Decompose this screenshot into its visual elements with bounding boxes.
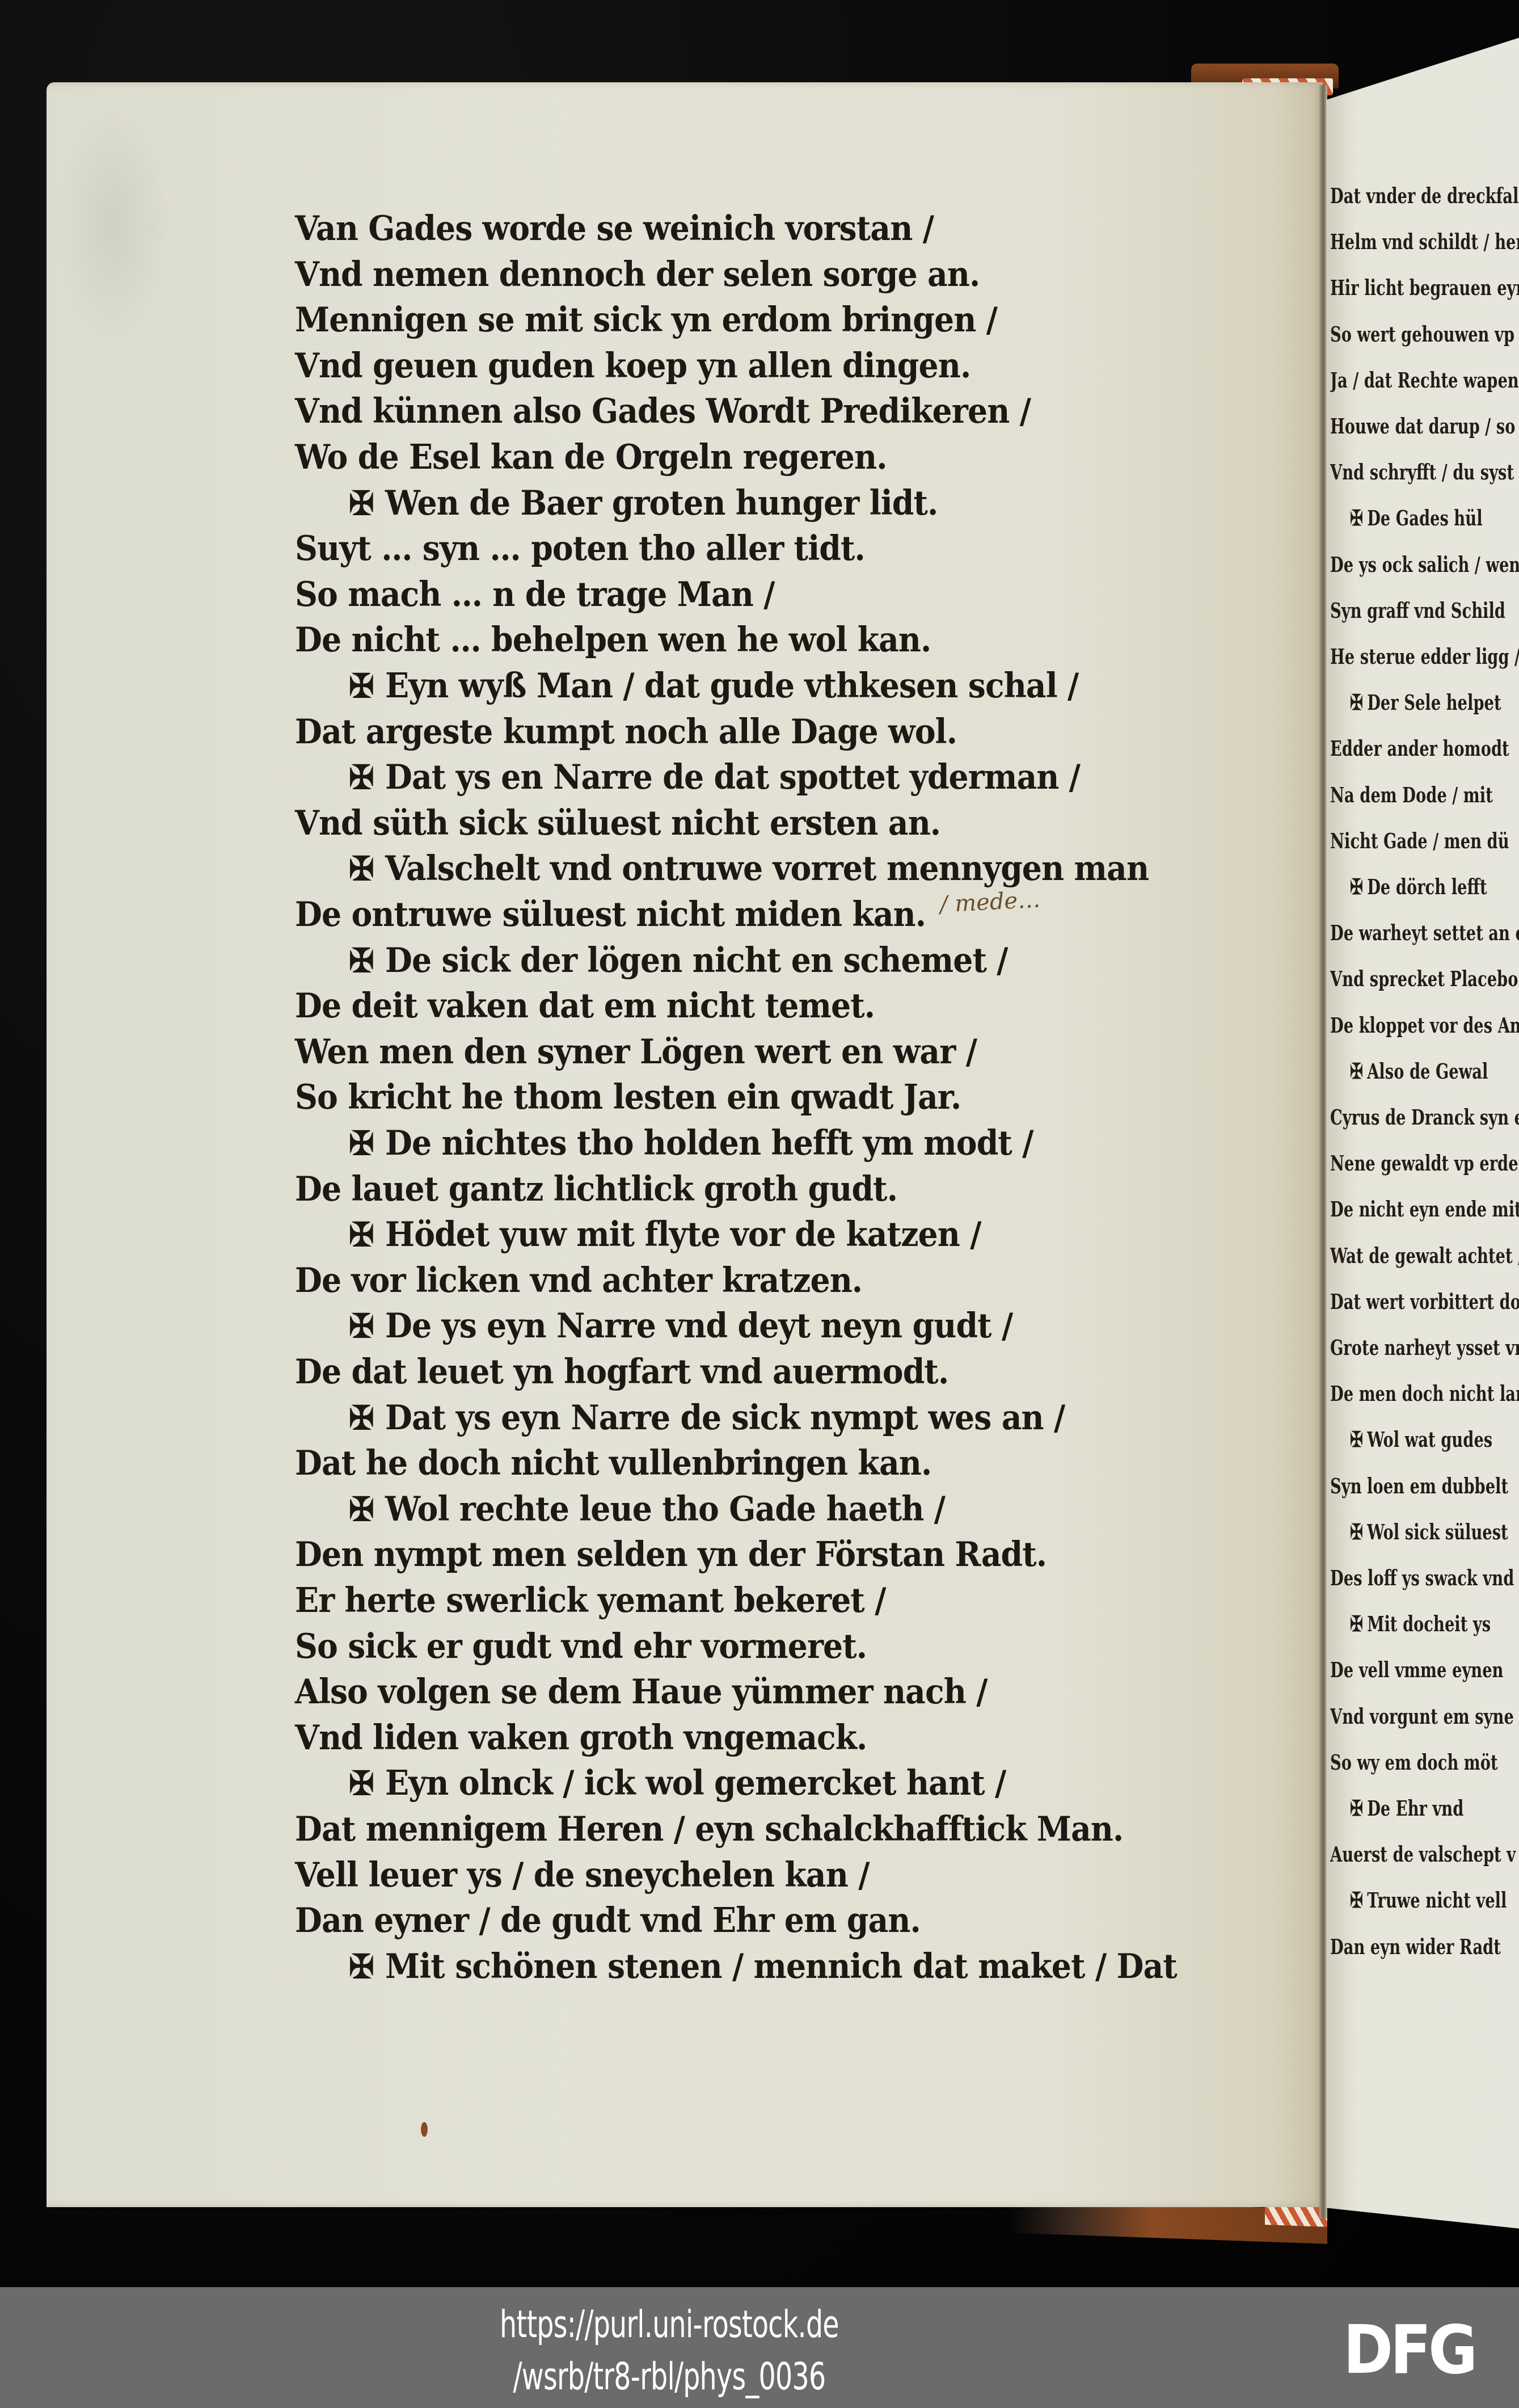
text-line: De ys ock salich / wen <box>1330 553 1519 576</box>
text-line: ✠Also de Gewal <box>1350 1060 1488 1083</box>
cross-marker-icon: ✠ <box>349 667 374 705</box>
text-line-content: Vnd süth sick süluest nicht ersten an. <box>295 803 940 843</box>
text-line-content: Er herte swerlick yemant bekeret / <box>295 1581 885 1620</box>
text-line-content: Eyn wyß Man / dat gude vthkesen schal / <box>385 666 1078 706</box>
text-line: ✠Wol sick süluest <box>1350 1521 1508 1543</box>
text-line-content: Dat ys en Narre de dat spottet yderman / <box>385 757 1080 797</box>
page-stain <box>421 2122 428 2137</box>
text-line: Vnd sprecket Placebo / <box>1330 967 1519 990</box>
cross-marker-icon: ✠ <box>1350 1058 1363 1084</box>
text-line: ✠Dat ys eyn Narre de sick nympt wes an / <box>349 1399 1065 1437</box>
cross-marker-icon: ✠ <box>349 759 374 796</box>
text-line-content: De dörch lefft <box>1367 874 1487 899</box>
text-line-content: De ys ock salich / wen <box>1330 552 1519 577</box>
purl-link-line2[interactable]: /wsrb/tr8-rbl/phys_0036 <box>473 2351 865 2403</box>
text-line-content: Mennigen se mit sick yn erdom bringen / <box>295 300 997 340</box>
text-line-content: Hödet yuw mit flyte vor de katzen / <box>385 1215 981 1254</box>
text-line: Auerst de valschept v <box>1330 1843 1516 1866</box>
text-line: ✠Der Sele helpet <box>1350 691 1501 714</box>
text-line-content: Truwe nicht vell <box>1367 1887 1507 1913</box>
text-line: De vor licken vnd achter kratzen. <box>295 1262 862 1299</box>
text-line-content: Dat vnder de dreckfalt <box>1330 183 1519 208</box>
text-line-content: Edder ander homodt <box>1330 735 1509 761</box>
text-line-content: Wat de gewalt achtet / <box>1330 1243 1519 1268</box>
book-gutter <box>1319 85 1327 2218</box>
text-line: Ja / dat Rechte wapen <box>1330 369 1519 391</box>
text-line-content: Na dem Dode / mit <box>1330 782 1493 807</box>
text-line: Dan eyn wider Radt <box>1330 1935 1501 1958</box>
text-line: Dat mennigem Heren / eyn schalckhafftick… <box>295 1811 1123 1848</box>
text-line-content: So sick er gudt vnd ehr vormeret. <box>295 1627 867 1666</box>
cross-marker-icon: ✠ <box>1350 1426 1363 1452</box>
text-line-content: Suyt … syn … poten tho aller tidt. <box>295 529 865 569</box>
text-line: Er herte swerlick yemant bekeret / <box>295 1582 885 1619</box>
text-line-content: Des loff ys swack vnd <box>1330 1565 1514 1590</box>
text-line: So wert gehouwen vp <box>1330 323 1514 346</box>
cross-marker-icon: ✠ <box>349 1216 374 1253</box>
cross-marker-icon: ✠ <box>349 1765 374 1802</box>
text-line-content: Eyn olnck / ick wol gemercket hant / <box>385 1763 1006 1803</box>
text-line-content: De vell vmme eynen <box>1330 1657 1504 1682</box>
text-line: ✠Mit schönen stenen / mennich dat maket … <box>349 1948 1177 1985</box>
cross-marker-icon: ✠ <box>349 1125 374 1162</box>
text-line: Dat he doch nicht vullenbringen kan. <box>295 1445 931 1482</box>
text-line: Vnd vorgunt em syne <box>1330 1705 1514 1728</box>
text-line: Dat argeste kumpt noch alle Dage wol. <box>295 713 957 751</box>
text-line: Van Gades worde se weinich vorstan / <box>295 210 934 247</box>
text-line-content: So wert gehouwen vp <box>1330 321 1514 347</box>
cross-marker-icon: ✠ <box>349 942 374 979</box>
text-line-content: Dat argeste kumpt noch alle Dage wol. <box>295 712 957 752</box>
text-line-content: Wen men den syner Lögen wert en war / <box>295 1032 977 1072</box>
text-line: Vnd geuen guden koep yn allen dingen. <box>295 347 971 385</box>
text-line-content: Vnd liden vaken groth vngemack. <box>295 1718 867 1758</box>
text-line-content: So kricht he thom lesten ein qwadt Jar. <box>295 1077 961 1117</box>
text-line-content: Nicht Gade / men dü <box>1330 828 1509 853</box>
text-line: Nene gewaldt vp erden <box>1330 1152 1519 1174</box>
cross-marker-icon: ✠ <box>349 485 374 522</box>
left-page: Van Gades worde se weinich vorstan /Vnd … <box>47 82 1323 2207</box>
text-line: Vnd nemen dennoch der selen sorge an. <box>295 256 980 293</box>
text-line-content: Also de Gewal <box>1367 1058 1488 1084</box>
cross-marker-icon: ✠ <box>1350 505 1363 531</box>
text-line: De lauet gantz lichtlick groth gudt. <box>295 1171 897 1208</box>
text-line: ✠Truwe nicht vell <box>1350 1889 1507 1912</box>
cross-marker-icon: ✠ <box>1350 874 1363 899</box>
text-line: ✠Wol rechte leue tho Gade haeth / <box>349 1491 945 1528</box>
text-line: Cyrus de Dranck syn e <box>1330 1106 1519 1129</box>
text-line: De nicht eyn ende mit <box>1330 1198 1519 1220</box>
text-line-content: Ja / dat Rechte wapen <box>1330 367 1519 393</box>
cross-marker-icon: ✠ <box>349 1491 374 1528</box>
text-line: ✠Eyn olnck / ick wol gemercket hant / <box>349 1765 1006 1802</box>
text-line-content: Mit docheit ys <box>1367 1611 1491 1636</box>
text-line-content: Den nympt men selden yn der Förstan Radt… <box>295 1535 1047 1575</box>
text-line: Den nympt men selden yn der Förstan Radt… <box>295 1536 1047 1573</box>
cross-marker-icon: ✠ <box>1350 1519 1363 1544</box>
text-line: ✠De nichtes tho holden hefft ym modt / <box>349 1125 1033 1162</box>
text-line: Helm vnd schildt / hen <box>1330 230 1519 253</box>
text-line-content: Auerst de valschept v <box>1330 1841 1516 1867</box>
cross-marker-icon: ✠ <box>1350 1795 1363 1821</box>
text-line: Wo de Esel kan de Orgeln regeren. <box>295 439 887 476</box>
text-line: So wy em doch möt <box>1330 1751 1498 1774</box>
text-line-content: Dat wert vorbittert do <box>1330 1289 1519 1314</box>
text-line-content: De ontruwe süluest nicht miden kan. <box>295 895 926 934</box>
viewer-footer: https://purl.uni-rostock.de /wsrb/tr8-rb… <box>0 2287 1519 2408</box>
text-line: Vell leuer ys / de sneychelen kan / <box>295 1856 869 1894</box>
text-line-content: Wol wat gudes <box>1367 1426 1492 1452</box>
text-line-content: De dat leuet yn hogfart vnd auermodt. <box>295 1352 948 1392</box>
handwritten-annotation: / mede… <box>939 886 1041 917</box>
text-line-content: Vnd schryfft / du syst va <box>1330 459 1519 485</box>
text-line-content: Vell leuer ys / de sneychelen kan / <box>295 1855 869 1895</box>
text-line-content: Dat he doch nicht vullenbringen kan. <box>295 1443 931 1483</box>
text-line-content: De vor licken vnd achter kratzen. <box>295 1261 862 1300</box>
text-line: De kloppet vor des An <box>1330 1014 1519 1037</box>
text-line: Vnd schryfft / du syst va <box>1330 461 1519 483</box>
text-line: De warheyt settet an ey <box>1330 921 1519 944</box>
text-line: ✠Wol wat gudes <box>1350 1428 1492 1451</box>
text-line: Syn loen em dubbelt <box>1330 1475 1508 1497</box>
cross-marker-icon: ✠ <box>1350 1887 1363 1913</box>
text-line-content: So mach … n de trage Man / <box>295 575 774 614</box>
text-line-content: Syn loen em dubbelt <box>1330 1473 1508 1498</box>
text-line: ✠De sick der lögen nicht en schemet / <box>349 942 1008 979</box>
text-line: Vnd künnen also Gades Wordt Predikeren / <box>295 393 1031 430</box>
text-line-content: Der Sele helpet <box>1367 689 1501 715</box>
text-line: Dat wert vorbittert do <box>1330 1290 1519 1313</box>
text-line-content: Van Gades worde se weinich vorstan / <box>295 209 934 249</box>
text-line: ✠De Ehr vnd <box>1350 1797 1463 1820</box>
text-line: Syn graff vnd Schild <box>1330 599 1505 622</box>
text-line-content: De warheyt settet an ey <box>1330 920 1519 945</box>
cross-marker-icon: ✠ <box>349 1399 374 1437</box>
text-line-content: Cyrus de Dranck syn e <box>1330 1104 1519 1130</box>
text-line-content: Dat ys eyn Narre de sick nympt wes an / <box>385 1398 1065 1438</box>
text-line: ✠De Gades hül <box>1350 507 1483 529</box>
text-line-content: De kloppet vor des An <box>1330 1012 1519 1038</box>
text-line: Dat vnder de dreckfalt <box>1330 184 1519 207</box>
text-line-content: He sterue edder ligg / <box>1330 643 1519 669</box>
text-line-content: De nichtes tho holden hefft ym modt / <box>385 1123 1033 1163</box>
text-line: Des loff ys swack vnd <box>1330 1567 1514 1589</box>
dfg-logo: DFG <box>1343 2321 1475 2378</box>
text-line-content: De nicht eyn ende mit <box>1330 1196 1519 1222</box>
cross-marker-icon: ✠ <box>349 1948 374 1985</box>
text-line: De dat leuet yn hogfart vnd auermodt. <box>295 1353 948 1391</box>
text-line: So mach … n de trage Man / <box>295 576 774 613</box>
text-line: De deit vaken dat em nicht temet. <box>295 987 875 1025</box>
text-line: Dan eyner / de gudt vnd Ehr em gan. <box>295 1902 921 1939</box>
text-line-content: Houwe dat darup / so <box>1330 413 1515 439</box>
text-line: De ontruwe süluest nicht miden kan. <box>295 896 926 933</box>
text-line: Wat de gewalt achtet / <box>1330 1244 1519 1267</box>
scan-image: Van Gades worde se weinich vorstan /Vnd … <box>0 0 1519 2287</box>
text-line-content: Dan eyn wider Radt <box>1330 1934 1501 1959</box>
text-line: ✠Dat ys en Narre de dat spottet yderman … <box>349 759 1080 796</box>
text-line-content: Helm vnd schildt / hen <box>1330 229 1519 254</box>
text-line-content: De lauet gantz lichtlick groth gudt. <box>295 1169 897 1209</box>
cross-marker-icon: ✠ <box>349 1307 374 1345</box>
text-line-content: De deit vaken dat em nicht temet. <box>295 986 875 1026</box>
text-line: Grote narheyt ysset vm <box>1330 1336 1519 1359</box>
text-line: Suyt … syn … poten tho aller tidt. <box>295 530 865 567</box>
cross-marker-icon: ✠ <box>349 850 374 887</box>
text-line-content: Wen de Baer groten hunger lidt. <box>385 483 938 523</box>
text-line-content: Vnd nemen dennoch der selen sorge an. <box>295 255 980 294</box>
text-line: ✠Valschelt vnd ontruwe vorret mennygen m… <box>349 850 1149 887</box>
text-line: Wen men den syner Lögen wert en war / <box>295 1033 977 1071</box>
text-line: Also volgen se dem Haue yümmer nach / <box>295 1673 987 1711</box>
text-line-content: Nene gewaldt vp erden <box>1330 1150 1519 1176</box>
text-line: Vnd liden vaken groth vngemack. <box>295 1719 867 1757</box>
text-line-content: So wy em doch möt <box>1330 1749 1498 1775</box>
text-line: ✠Eyn wyß Man / dat gude vthkesen schal / <box>349 667 1078 705</box>
text-line: Mennigen se mit sick yn erdom bringen / <box>295 301 997 339</box>
text-line: Vnd süth sick süluest nicht ersten an. <box>295 805 940 842</box>
text-line-content: De Gades hül <box>1367 505 1482 531</box>
text-line: Edder ander homodt <box>1330 737 1509 760</box>
text-line: ✠Mit docheit ys <box>1350 1613 1491 1635</box>
text-line-content: Syn graff vnd Schild <box>1330 597 1505 623</box>
text-line-content: Also volgen se dem Haue yümmer nach / <box>295 1672 987 1712</box>
text-line: De men doch nicht lang <box>1330 1382 1519 1405</box>
text-line: Houwe dat darup / so <box>1330 415 1515 437</box>
cross-marker-icon: ✠ <box>1350 1611 1363 1636</box>
text-line-content: Valschelt vnd ontruwe vorret mennygen ma… <box>385 849 1149 889</box>
text-line-content: Hir licht begrauen eyn <box>1330 275 1519 300</box>
text-line: Hir licht begrauen eyn <box>1330 276 1519 299</box>
text-line: De nicht … behelpen wen he wol kan. <box>295 621 931 659</box>
text-line-content: Vnd vorgunt em syne <box>1330 1703 1514 1729</box>
page-smudge <box>58 105 171 343</box>
text-line: He sterue edder ligg / <box>1330 645 1519 668</box>
text-line-content: Wol sick süluest <box>1367 1519 1508 1544</box>
text-line: Nicht Gade / men dü <box>1330 830 1509 852</box>
cross-marker-icon: ✠ <box>1350 689 1363 715</box>
text-line-content: De men doch nicht lang <box>1330 1380 1519 1406</box>
right-page-text: Dat vnder de dreckfaltHelm vnd schildt /… <box>1330 0 1519 2270</box>
text-line-content: Grote narheyt ysset vm <box>1330 1334 1519 1360</box>
text-line-content: Dan eyner / de gudt vnd Ehr em gan. <box>295 1901 921 1940</box>
text-line-content: Vnd sprecket Placebo / <box>1330 966 1519 991</box>
text-line: So kricht he thom lesten ein qwadt Jar. <box>295 1079 961 1116</box>
text-line-content: Wol rechte leue tho Gade haeth / <box>385 1489 945 1529</box>
text-line-content: Vnd geuen guden koep yn allen dingen. <box>295 346 971 386</box>
text-line-content: De Ehr vnd <box>1367 1795 1463 1821</box>
text-line-content: De nicht … behelpen wen he wol kan. <box>295 620 931 660</box>
text-line: ✠Wen de Baer groten hunger lidt. <box>349 485 938 522</box>
text-line: De vell vmme eynen <box>1330 1658 1504 1681</box>
text-line-content: Vnd künnen also Gades Wordt Predikeren / <box>295 391 1031 431</box>
text-line-content: Wo de Esel kan de Orgeln regeren. <box>295 437 887 477</box>
text-line-content: De sick der lögen nicht en schemet / <box>385 941 1007 980</box>
text-line-content: Dat mennigem Heren / eyn schalckhafftick… <box>295 1809 1123 1849</box>
text-line-content: Mit schönen stenen / mennich dat maket /… <box>385 1947 1177 1986</box>
text-line: So sick er gudt vnd ehr vormeret. <box>295 1628 867 1665</box>
text-line: Na dem Dode / mit <box>1330 784 1493 806</box>
text-line: ✠De dörch lefft <box>1350 875 1487 898</box>
purl-link-line1[interactable]: https://purl.uni-rostock.de <box>473 2298 865 2351</box>
text-line-content: De ys eyn Narre vnd deyt neyn gudt / <box>385 1306 1012 1346</box>
persistent-url: https://purl.uni-rostock.de /wsrb/tr8-rb… <box>473 2298 865 2403</box>
text-line: ✠De ys eyn Narre vnd deyt neyn gudt / <box>349 1307 1012 1345</box>
text-line: ✠Hödet yuw mit flyte vor de katzen / <box>349 1216 981 1253</box>
